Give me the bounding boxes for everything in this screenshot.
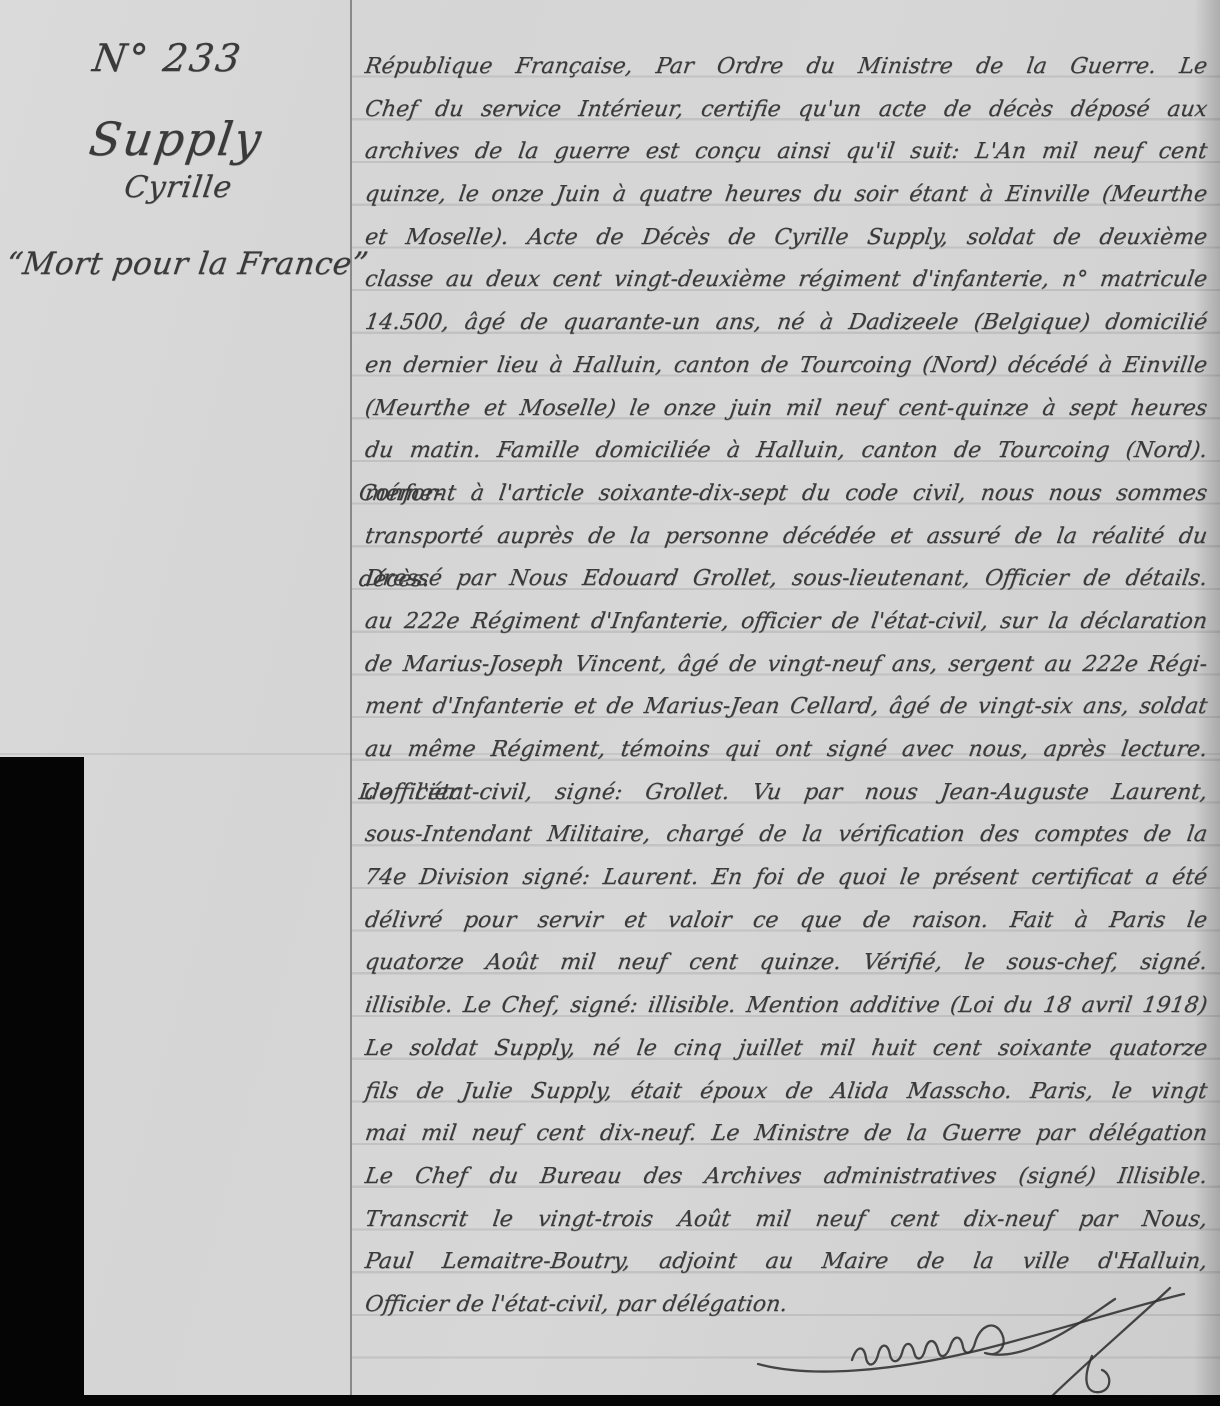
manuscript-line: illisible. Le Chef, signé: illisible. Me… bbox=[362, 985, 1210, 1028]
signature-flourish bbox=[740, 1268, 1200, 1404]
scan-black-strip-left bbox=[0, 757, 84, 1406]
manuscript-line: Le Chef du Bureau des Archives administr… bbox=[362, 1156, 1210, 1199]
manuscript-line: mément à l'article soixante-dix-sept du … bbox=[362, 473, 1210, 516]
manuscript-line: Transcrit le vingt-trois Août mil neuf c… bbox=[362, 1199, 1210, 1242]
manuscript-line: classe au deux cent vingt-deuxième régim… bbox=[362, 259, 1210, 302]
manuscript-line: quinze, le onze Juin à quatre heures du … bbox=[362, 174, 1210, 217]
manuscript-line: de Marius-Joseph Vincent, âgé de vingt-n… bbox=[362, 644, 1210, 687]
margin-divider-rule bbox=[350, 0, 352, 1396]
manuscript-line: Chef du service Intérieur, certifie qu'u… bbox=[362, 89, 1210, 132]
manuscript-line: au même Régiment, témoins qui ont signé … bbox=[362, 729, 1210, 772]
manuscript-line: Le soldat Supply, né le cinq juillet mil… bbox=[362, 1028, 1210, 1071]
manuscript-line: et Moselle). Acte de Décès de Cyrille Su… bbox=[362, 217, 1210, 260]
deceased-surname: Supply bbox=[86, 112, 266, 166]
manuscript-line: archives de la guerre est conçu ainsi qu… bbox=[362, 131, 1210, 174]
manuscript-line: du matin. Famille domiciliée à Halluin, … bbox=[362, 430, 1210, 473]
manuscript-line: transporté auprès de la personne décédée… bbox=[362, 516, 1210, 559]
act-number: N° 233 bbox=[90, 36, 245, 80]
mort-pour-la-france-mention: “Mort pour la France” bbox=[4, 246, 371, 282]
manuscript-line: sous-Intendant Militaire, chargé de la v… bbox=[362, 814, 1210, 857]
manuscript-line: en dernier lieu à Halluin, canton de Tou… bbox=[362, 345, 1210, 388]
manuscript-line: République Française, Par Ordre du Minis… bbox=[362, 46, 1210, 89]
manuscript-line: quatorze Août mil neuf cent quinze. Véri… bbox=[362, 942, 1210, 985]
scan-black-bar-bottom bbox=[0, 1395, 1220, 1406]
manuscript-line: Dressé par Nous Edouard Grollet, sous-li… bbox=[362, 558, 1210, 601]
manuscript-line: au 222e Régiment d'Infanterie, officier … bbox=[362, 601, 1210, 644]
manuscript-line: 74e Division signé: Laurent. En foi de q… bbox=[362, 857, 1210, 900]
manuscript-line: fils de Julie Supply, était époux de Ali… bbox=[362, 1071, 1210, 1114]
manuscript-text: République Française, Par Ordre du Minis… bbox=[362, 46, 1204, 1327]
manuscript-line: mai mil neuf cent dix-neuf. Le Ministre … bbox=[362, 1113, 1210, 1156]
manuscript-line: (Meurthe et Moselle) le onze juin mil ne… bbox=[362, 388, 1210, 431]
manuscript-line: délivré pour servir et valoir ce que de … bbox=[362, 900, 1210, 943]
manuscript-line: ment d'Infanterie et de Marius-Jean Cell… bbox=[362, 686, 1210, 729]
manuscript-line: de l'état-civil, signé: Grollet. Vu par … bbox=[362, 772, 1210, 815]
manuscript-line: 14.500, âgé de quarante-un ans, né à Dad… bbox=[362, 302, 1210, 345]
deceased-given-name: Cyrille bbox=[122, 170, 235, 205]
death-certificate-register-page: N° 233 Supply Cyrille “Mort pour la Fran… bbox=[0, 0, 1220, 1406]
